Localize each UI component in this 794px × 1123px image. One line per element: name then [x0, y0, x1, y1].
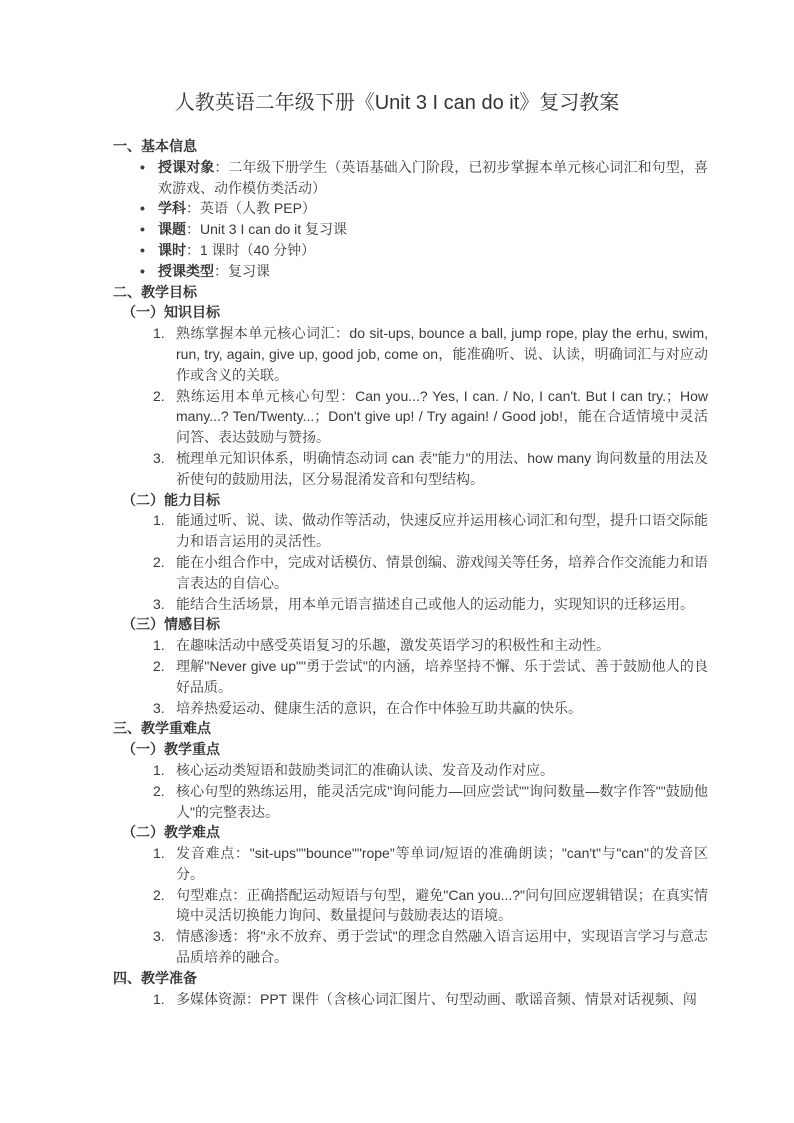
list-item-subject: 学科：英语（人教 PEP）: [158, 198, 708, 219]
list-item: 熟练运用本单元核心句型：Can you...? Yes, I can. / No…: [176, 386, 708, 448]
list-item-teaching-target: 授课对象：二年级下册学生（英语基础入门阶段，已初步掌握本单元核心词汇和句型，喜欢…: [158, 157, 708, 199]
teaching-preparation-list: 多媒体资源：PPT 课件（含核心词汇图片、句型动画、歌谣音频、情景对话视频、闯: [113, 989, 708, 1010]
item-text: ：英语（人教 PEP）: [186, 200, 316, 216]
item-text: ：1 课时（40 分钟）: [186, 242, 315, 258]
teaching-difficulties-list: 发音难点："sit-ups""bounce""rope"等单词/短语的准确朗读；…: [113, 843, 708, 968]
heading-teaching-preparation: 四、教学准备: [113, 968, 708, 989]
item-text: ：二年级下册学生（英语基础入门阶段，已初步掌握本单元核心词汇和句型，喜欢游戏、动…: [158, 159, 708, 196]
list-item: 能通过听、说、读、做动作等活动，快速反应并运用核心词汇和句型，提升口语交际能力和…: [176, 510, 708, 552]
item-label: 课时: [158, 242, 186, 258]
item-text: ：复习课: [214, 263, 270, 279]
list-item: 培养热爱运动、健康生活的意识，在合作中体验互助共赢的快乐。: [176, 698, 708, 719]
basic-info-list: 授课对象：二年级下册学生（英语基础入门阶段，已初步掌握本单元核心词汇和句型，喜欢…: [113, 157, 708, 282]
list-item: 梳理单元知识体系，明确情态动词 can 表"能力"的用法、how many 询问…: [176, 448, 708, 490]
item-text: ：Unit 3 I can do it 复习课: [186, 221, 347, 237]
subheading-teaching-difficulties: （二）教学难点: [122, 822, 708, 843]
list-item: 发音难点："sit-ups""bounce""rope"等单词/短语的准确朗读；…: [176, 843, 708, 885]
list-item-periods: 课时：1 课时（40 分钟）: [158, 240, 708, 261]
heading-basic-info: 一、基本信息: [113, 136, 708, 157]
list-item: 句型难点：正确搭配运动短语与句型，避免"Can you...?"问句回应逻辑错误…: [176, 885, 708, 927]
heading-key-difficult-points: 三、教学重难点: [113, 718, 708, 739]
subheading-knowledge-objectives: （一）知识目标: [122, 302, 708, 323]
item-label: 课题: [158, 221, 186, 237]
list-item: 在趣味活动中感受英语复习的乐趣，激发英语学习的积极性和主动性。: [176, 635, 708, 656]
list-item: 核心句型的熟练运用，能灵活完成"询问能力—回应尝试""询问数量—数字作答""鼓励…: [176, 781, 708, 823]
subheading-emotion-objectives: （三）情感目标: [122, 614, 708, 635]
subheading-teaching-focus: （一）教学重点: [122, 739, 708, 760]
subheading-ability-objectives: （二）能力目标: [122, 490, 708, 511]
list-item-topic: 课题：Unit 3 I can do it 复习课: [158, 219, 708, 240]
knowledge-objectives-list: 熟练掌握本单元核心词汇：do sit-ups, bounce a ball, j…: [113, 323, 708, 489]
list-item: 熟练掌握本单元核心词汇：do sit-ups, bounce a ball, j…: [176, 323, 708, 385]
item-label: 授课对象: [158, 159, 214, 175]
list-item: 核心运动类短语和鼓励类词汇的准确认读、发音及动作对应。: [176, 760, 708, 781]
emotion-objectives-list: 在趣味活动中感受英语复习的乐趣，激发英语学习的积极性和主动性。 理解"Never…: [113, 635, 708, 718]
list-item: 能结合生活场景，用本单元语言描述自己或他人的运动能力，实现知识的迁移运用。: [176, 594, 708, 615]
list-item: 情感渗透：将"永不放弃、勇于尝试"的理念自然融入语言运用中，实现语言学习与意志品…: [176, 926, 708, 968]
item-label: 授课类型: [158, 263, 214, 279]
list-item: 理解"Never give up""勇于尝试"的内涵，培养坚持不懈、乐于尝试、善…: [176, 656, 708, 698]
heading-teaching-objectives: 二、教学目标: [113, 282, 708, 303]
list-item: 能在小组合作中，完成对话模仿、情景创编、游戏闯关等任务，培养合作交流能力和语言表…: [176, 552, 708, 594]
item-label: 学科: [158, 200, 186, 216]
teaching-focus-list: 核心运动类短语和鼓励类词汇的准确认读、发音及动作对应。 核心句型的熟练运用，能灵…: [113, 760, 708, 822]
document-title: 人教英语二年级下册《Unit 3 I can do it》复习教案: [0, 90, 794, 116]
ability-objectives-list: 能通过听、说、读、做动作等活动，快速反应并运用核心词汇和句型，提升口语交际能力和…: [113, 510, 708, 614]
document-page: 人教英语二年级下册《Unit 3 I can do it》复习教案 一、基本信息…: [0, 0, 794, 1123]
list-item-lesson-type: 授课类型：复习课: [158, 261, 708, 282]
list-item: 多媒体资源：PPT 课件（含核心词汇图片、句型动画、歌谣音频、情景对话视频、闯: [176, 989, 708, 1010]
